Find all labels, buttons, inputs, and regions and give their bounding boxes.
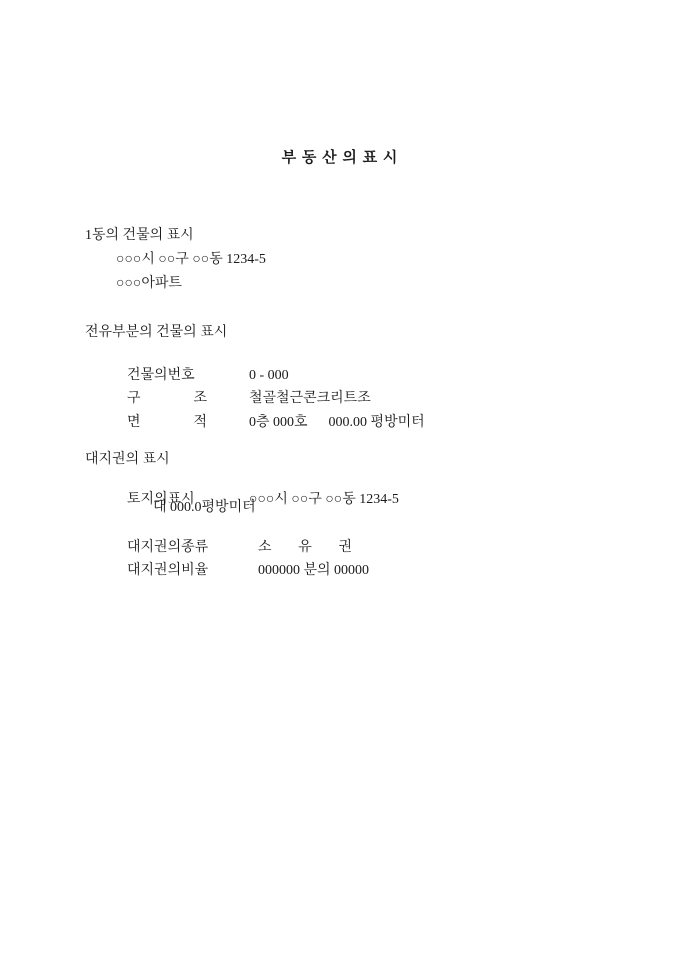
building-name-line: ○○○아파트 — [116, 276, 182, 292]
area-label: 면 적 — [127, 415, 207, 431]
document-page: 부 동 산 의 표 시 1동의 건물의 표시 ○○○시 ○○구 ○○동 1234… — [0, 0, 680, 962]
building-section-heading: 1동의 건물의 표시 — [85, 228, 194, 244]
land-right-section-heading: 대지권의 표시 — [85, 452, 170, 468]
land-right-ratio-value: 000000 분의 00000 — [258, 563, 369, 579]
area-row: 면 적0층 000호 000.00 평방미터 — [113, 399, 425, 447]
building-address-line: ○○○시 ○○구 ○○동 1234-5 — [116, 252, 266, 268]
land-right-ratio-label: 대지권의비율 — [127, 563, 258, 579]
land-right-ratio-row: 대지권의비율000000 분의 00000 — [113, 547, 369, 595]
land-detail-line: 대 000.0평방미터 — [153, 500, 256, 516]
land-indication-value: ○○○시 ○○구 ○○동 1234-5 — [249, 492, 399, 508]
exclusive-section-heading: 전유부분의 건물의 표시 — [85, 325, 227, 341]
document-title: 부 동 산 의 표 시 — [0, 150, 680, 166]
area-value: 0층 000호 000.00 평방미터 — [249, 415, 425, 431]
